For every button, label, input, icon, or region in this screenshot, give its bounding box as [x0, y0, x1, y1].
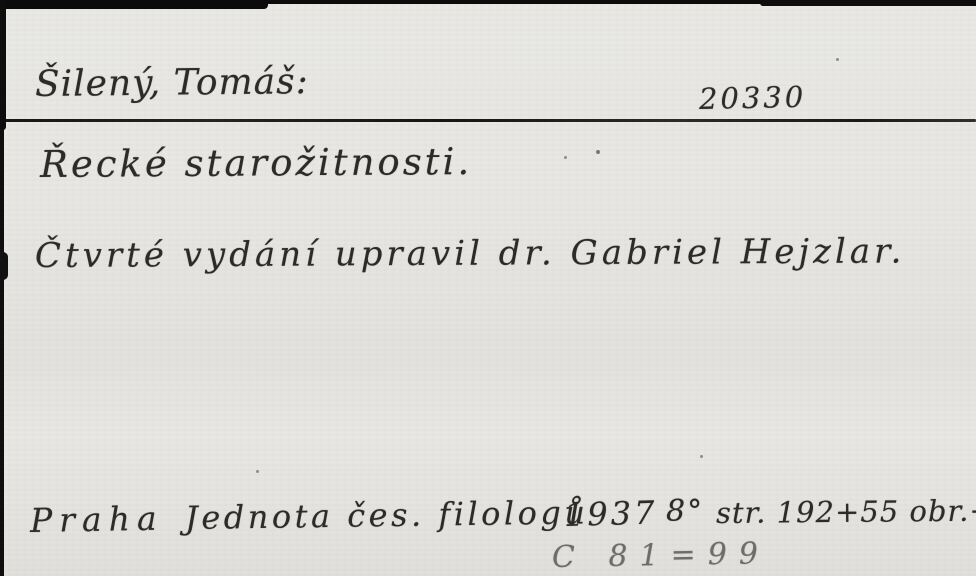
- catalog-card: Šilený, Tomáš: 20330 Řecké starožitnosti…: [0, 0, 976, 576]
- paper-speck: [596, 150, 600, 154]
- shelfmark-pencil-note: C 81=99: [552, 536, 771, 575]
- author-heading: Šilený, Tomáš:: [35, 61, 309, 105]
- paper-speck: [256, 470, 259, 473]
- imprint-format: 8°: [666, 494, 704, 529]
- title-line: Řecké starožitnosti.: [40, 140, 472, 186]
- edition-note-line: Čtvrté vydání upravil dr. Gabriel Hejzla…: [35, 231, 906, 276]
- imprint-collation: str. 192+55 obr.+1map: [716, 493, 976, 530]
- paper-speck: [700, 455, 703, 458]
- scan-edge-top-left: [0, 0, 268, 9]
- paper-speck: [564, 156, 567, 159]
- imprint-publisher: Jednota čes. filologů: [185, 493, 589, 537]
- scan-edge-top-right: [760, 0, 976, 6]
- catalog-number: 20330: [699, 80, 807, 116]
- imprint-year: 1937: [564, 494, 658, 534]
- scan-edge-left-top: [0, 0, 6, 130]
- scan-edge-left-notch: [0, 252, 8, 280]
- header-rule-divider: [0, 119, 976, 122]
- paper-speck: [836, 58, 839, 61]
- imprint-place: Praha: [30, 499, 164, 540]
